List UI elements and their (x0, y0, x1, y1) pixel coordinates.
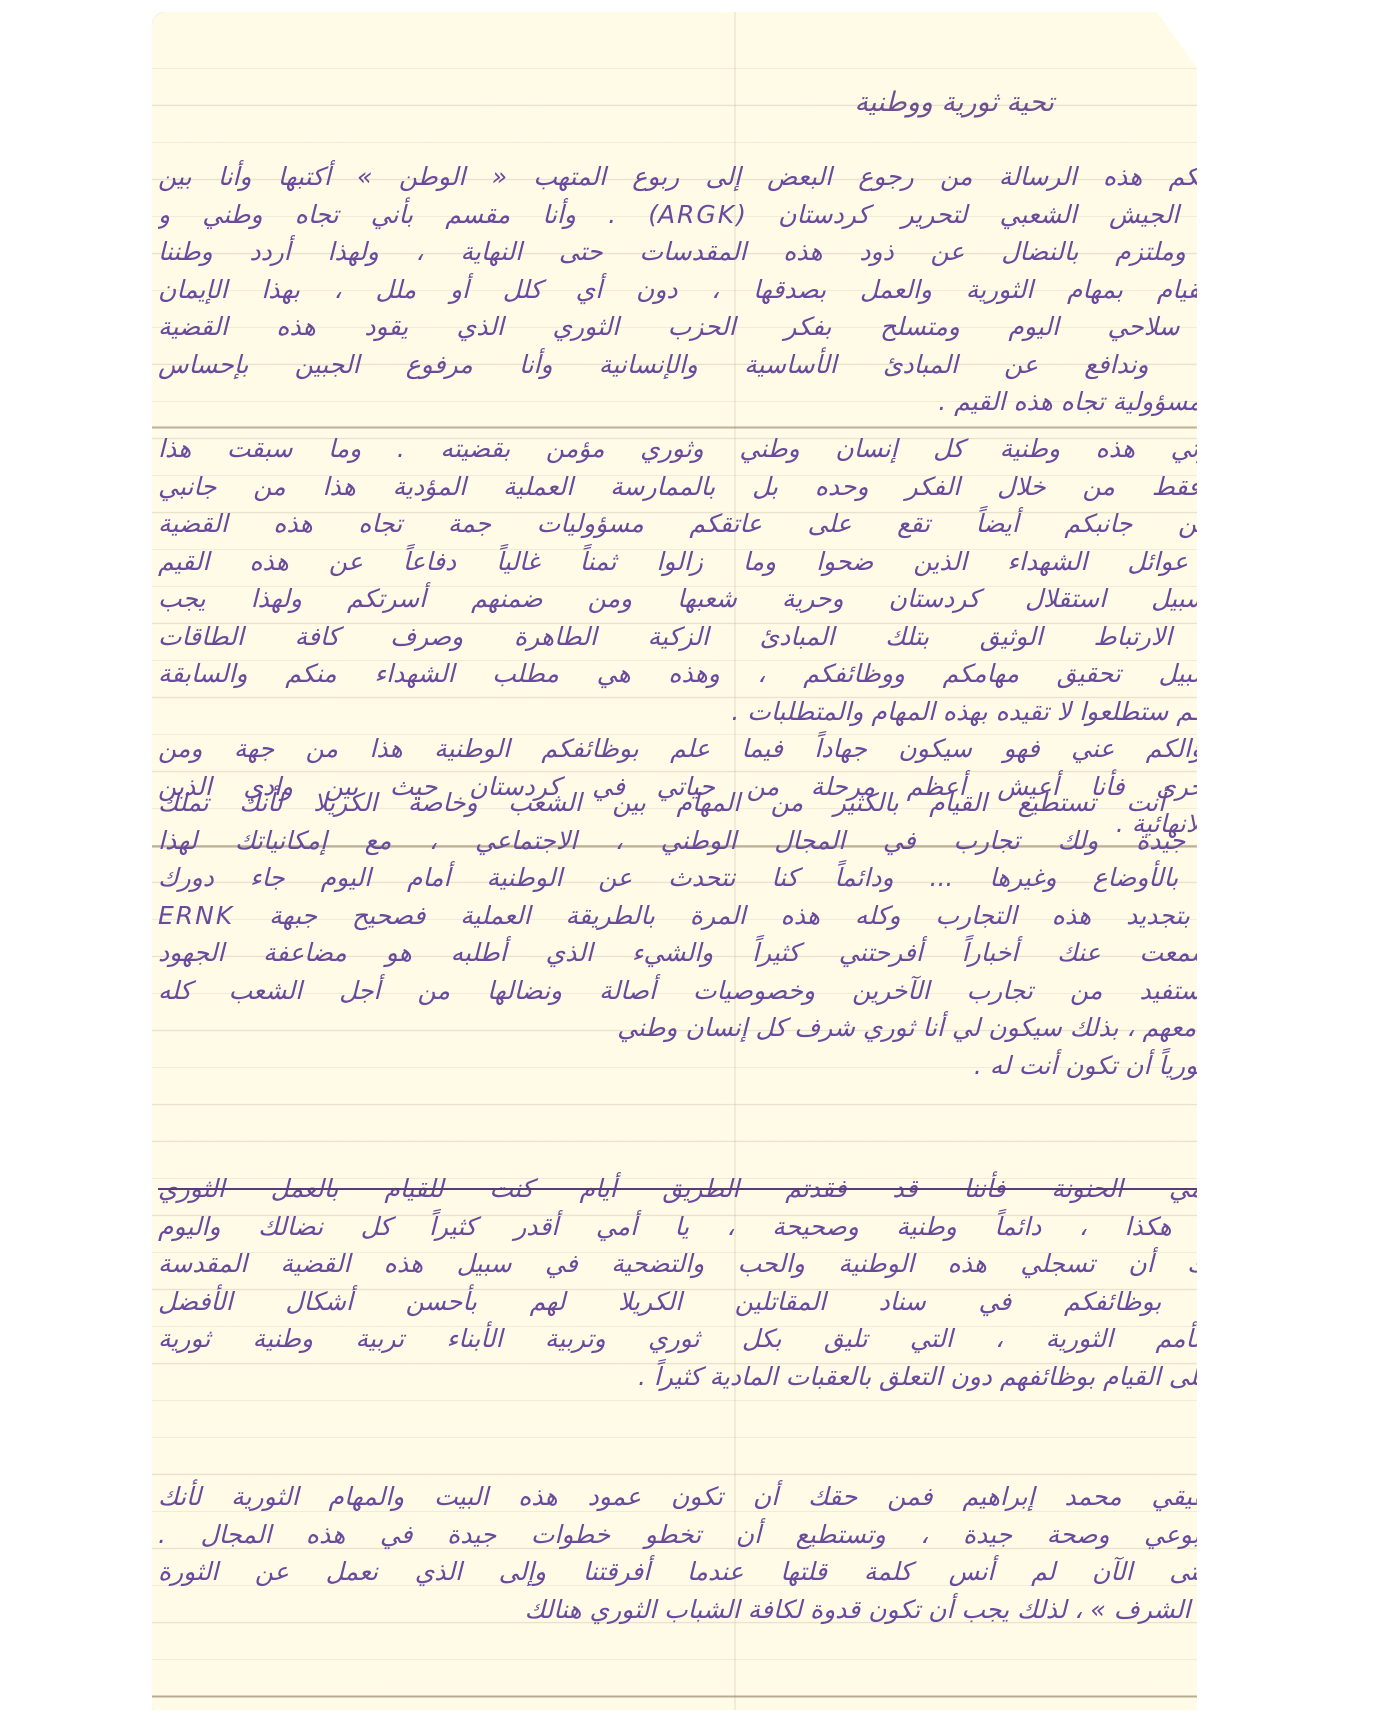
handwritten-line: أما أمي الحنونة فأننا قد فقدتم الطريق أي… (158, 1170, 1284, 1208)
handwritten-line: يا أخوتي هذه وطنية كل إنسان وطني وثوري م… (158, 430, 1284, 468)
letter-heading: تحية ثورية ووطنية (854, 87, 1054, 118)
folded-corner (1247, 12, 1307, 82)
paragraph: أما شقيقي محمد إبراهيم فمن حقك أن تكون ع… (152, 1478, 1294, 1628)
paragraph: أكتب لكم هذه الرسالة من رجوع البعض إلى ر… (152, 158, 1294, 421)
handwritten-line: ليس فقط من خلال الفكر وحده بل بالممارسة … (158, 468, 1284, 506)
acronym: ARGK (658, 200, 736, 229)
letter-body: تحية ثورية ووطنية أكتب لكم هذه الرسالة م… (152, 12, 1294, 1710)
handwritten-line: إن كان ثورياً أن تكون أنت له . (158, 1047, 1284, 1085)
handwritten-line: عليكم الارتباط الوثيق بتلك المبادئ الزكي… (158, 618, 1284, 656)
handwritten-line: عالي بالمسؤولية تجاه هذه القيم . (158, 383, 1284, 421)
handwritten-line: جاء لك أن تسجلي هذه الوطنية والحب والتضح… (158, 1245, 1284, 1283)
handwritten-line: وحثهم على القيام بوظائفهم دون التعلق بال… (158, 1358, 1284, 1396)
handwritten-line: في سبيل تحقيق مهامكم ووظائفكم ، وهذه هي … (158, 655, 1284, 693)
handwritten-line: للقيام بتجديد هذه التجارب وكله هذه المرة… (158, 897, 1284, 935)
handwritten-line: وأنا سمعت عنك أخباراً أفرحتني كثيراً وال… (158, 934, 1284, 972)
handwritten-line: أحمل سلاحي اليوم ومتسلح بفكر الحزب الثور… (158, 308, 1284, 346)
handwritten-line: والقيام بوظائفكم في سناد المقاتلين الكري… (158, 1283, 1284, 1321)
handwritten-line: أما سؤالكم عني فهو سيكون جهاداً فيما علم… (158, 730, 1284, 768)
handwritten-line: سمعة جيدة ولك تجارب في المجال الوطني ، ا… (158, 822, 1284, 860)
handwritten-line: كاملاً بأنكم ستطلعوا لا تقيده بهذه المها… (158, 693, 1284, 731)
handwritten-line: المقدسة وندافع عن المبادئ الأساسية والإن… (158, 346, 1284, 384)
handwritten-line: في سبيل استقلال كردستان وحرية شعبها ومن … (158, 580, 1284, 618)
letter-paper: تحية ثورية ووطنية أكتب لكم هذه الرسالة م… (152, 12, 1294, 1710)
handwritten-line: عن الأمم الثورية ، التي تليق بكل ثوري وت… (158, 1320, 1284, 1358)
handwritten-line: هو عديم الشرف » ، لذلك يجب أن تكون قدوة … (158, 1591, 1284, 1629)
handwritten-line: أكتب لكم هذه الرسالة من رجوع البعض إلى ر… (158, 158, 1284, 196)
handwritten-line: تتعاطف معهم ، بذلك سيكون لي أنا ثوري شرف… (158, 1009, 1284, 1047)
paragraph: يا أخي أنت تستطيع القيام بالكثير من المه… (152, 784, 1294, 1084)
handwritten-line: تتمتع بوعي وصحة جيدة ، وتستطيع أن تخطو خ… (158, 1516, 1284, 1554)
handwritten-line: صفوف الجيش الشعبي لتحرير كردستان (ARGK) … (158, 196, 1284, 234)
handwritten-line: يا أخي أنت تستطيع القيام بالكثير من المه… (158, 784, 1284, 822)
handwritten-line: أما شقيقي محمد إبراهيم فمن حقك أن تكون ع… (158, 1478, 1284, 1516)
handwritten-line: القضية بالأوضاع وغيرها ... ودائماً كنا ن… (158, 859, 1284, 897)
paragraph: أما أمي الحنونة فأننا قد فقدتم الطريق أي… (152, 1170, 1294, 1395)
handwritten-line: وأن تستفيد من تجارب الآخرين وخصوصيات أصا… (158, 972, 1284, 1010)
acronym: ERNK (158, 901, 234, 930)
handwritten-line: أما من جانبكم أيضاً تقع على عاتقكم مسؤول… (158, 505, 1284, 543)
handwritten-line: فأنا حتى الآن لم أنس كلمة قلتها عندما أف… (158, 1553, 1284, 1591)
paragraph: يا أخوتي هذه وطنية كل إنسان وطني وثوري م… (152, 430, 1294, 843)
handwritten-line: وتجاه عوائل الشهداء الذين ضحوا وما زالوا… (158, 543, 1284, 581)
handwritten-line: والرجل هكذا ، دائماً وطنية وصحيحة ، يا أ… (158, 1208, 1284, 1246)
handwritten-line: شعبي وملتزم بالنضال عن ذود هذه المقدسات … (158, 233, 1284, 271)
handwritten-line: عند القيام بمهام الثورية والعمل بصدقها ،… (158, 271, 1284, 309)
